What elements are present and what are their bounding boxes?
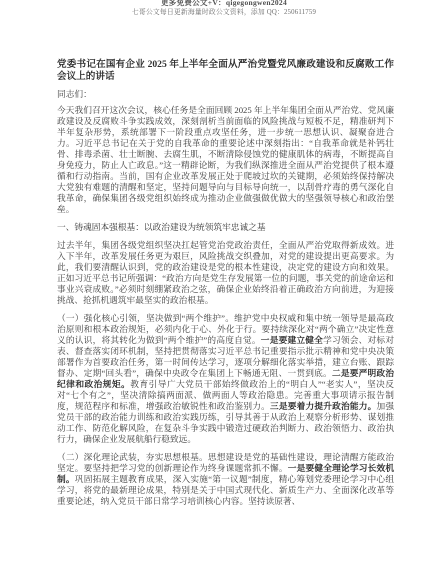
document-page: 更多免费公文+V：qigegongwen2024 七哥公文每日更新海量时政公文资… — [0, 0, 448, 580]
paragraph-container: 同志们：今天我们召开这次会议，核心任务是全面回顾 2025 年上半年集团全面从严… — [57, 89, 394, 507]
document-title: 党委书记在国有企业 2025 年上半年全面从严治党暨党风廉政建设和反腐败工作会议… — [57, 59, 394, 83]
document-body: 党委书记在国有企业 2025 年上半年全面从严治党暨党风廉政建设和反腐败工作会议… — [0, 17, 448, 507]
bold-run: 三是要着力提升政治能力。 — [270, 401, 376, 411]
watermark-line-1: 更多免费公文+V：qigegongwen2024 — [0, 0, 448, 7]
text-run: 一、铸魂固本强根基：以政治建设为统领筑牢忠诚之基 — [57, 222, 266, 232]
text-run: 过去半年，集团各级党组织坚决扛起管党治党政治责任，全面从严治党取得新成效。进入下… — [57, 240, 394, 305]
text-run: 巩固拓展主题教育成果，深入实施“第一议题”制度，精心筹划党委理论学习中心组学习，… — [57, 474, 394, 506]
paragraph: 过去半年，集团各级党组织坚决扛起管党治党政治责任，全面从严治党取得新成效。进入下… — [57, 240, 394, 306]
text-run: 同志们： — [57, 89, 92, 99]
watermark-line-2: 七哥公文每日更新海量时政公文资料，添加 QQ：250611759 — [0, 8, 448, 17]
salutation: 同志们： — [57, 89, 394, 100]
page-header: 更多免费公文+V：qigegongwen2024 七哥公文每日更新海量时政公文资… — [0, 0, 448, 17]
paragraph: （二）深化理论武装，夯实思想根基。思想建设是党的基础性建设，理论清醒方能政治坚定… — [57, 452, 394, 507]
paragraph: （一）强化核心引领，坚决做到“两个维护”。维护党中央权威和集中统一领导是最高政治… — [57, 313, 394, 445]
paragraph: 今天我们召开这次会议，核心任务是全面回顾 2025 年上半年集团全面从严治党、党… — [57, 105, 394, 215]
bold-run: 一是要建立健全 — [261, 335, 323, 345]
section-heading: 一、铸魂固本强根基：以政治建设为统领筑牢忠诚之基 — [57, 222, 394, 233]
text-run: 今天我们召开这次会议，核心任务是全面回顾 2025 年上半年集团全面从严治党、党… — [57, 105, 394, 214]
